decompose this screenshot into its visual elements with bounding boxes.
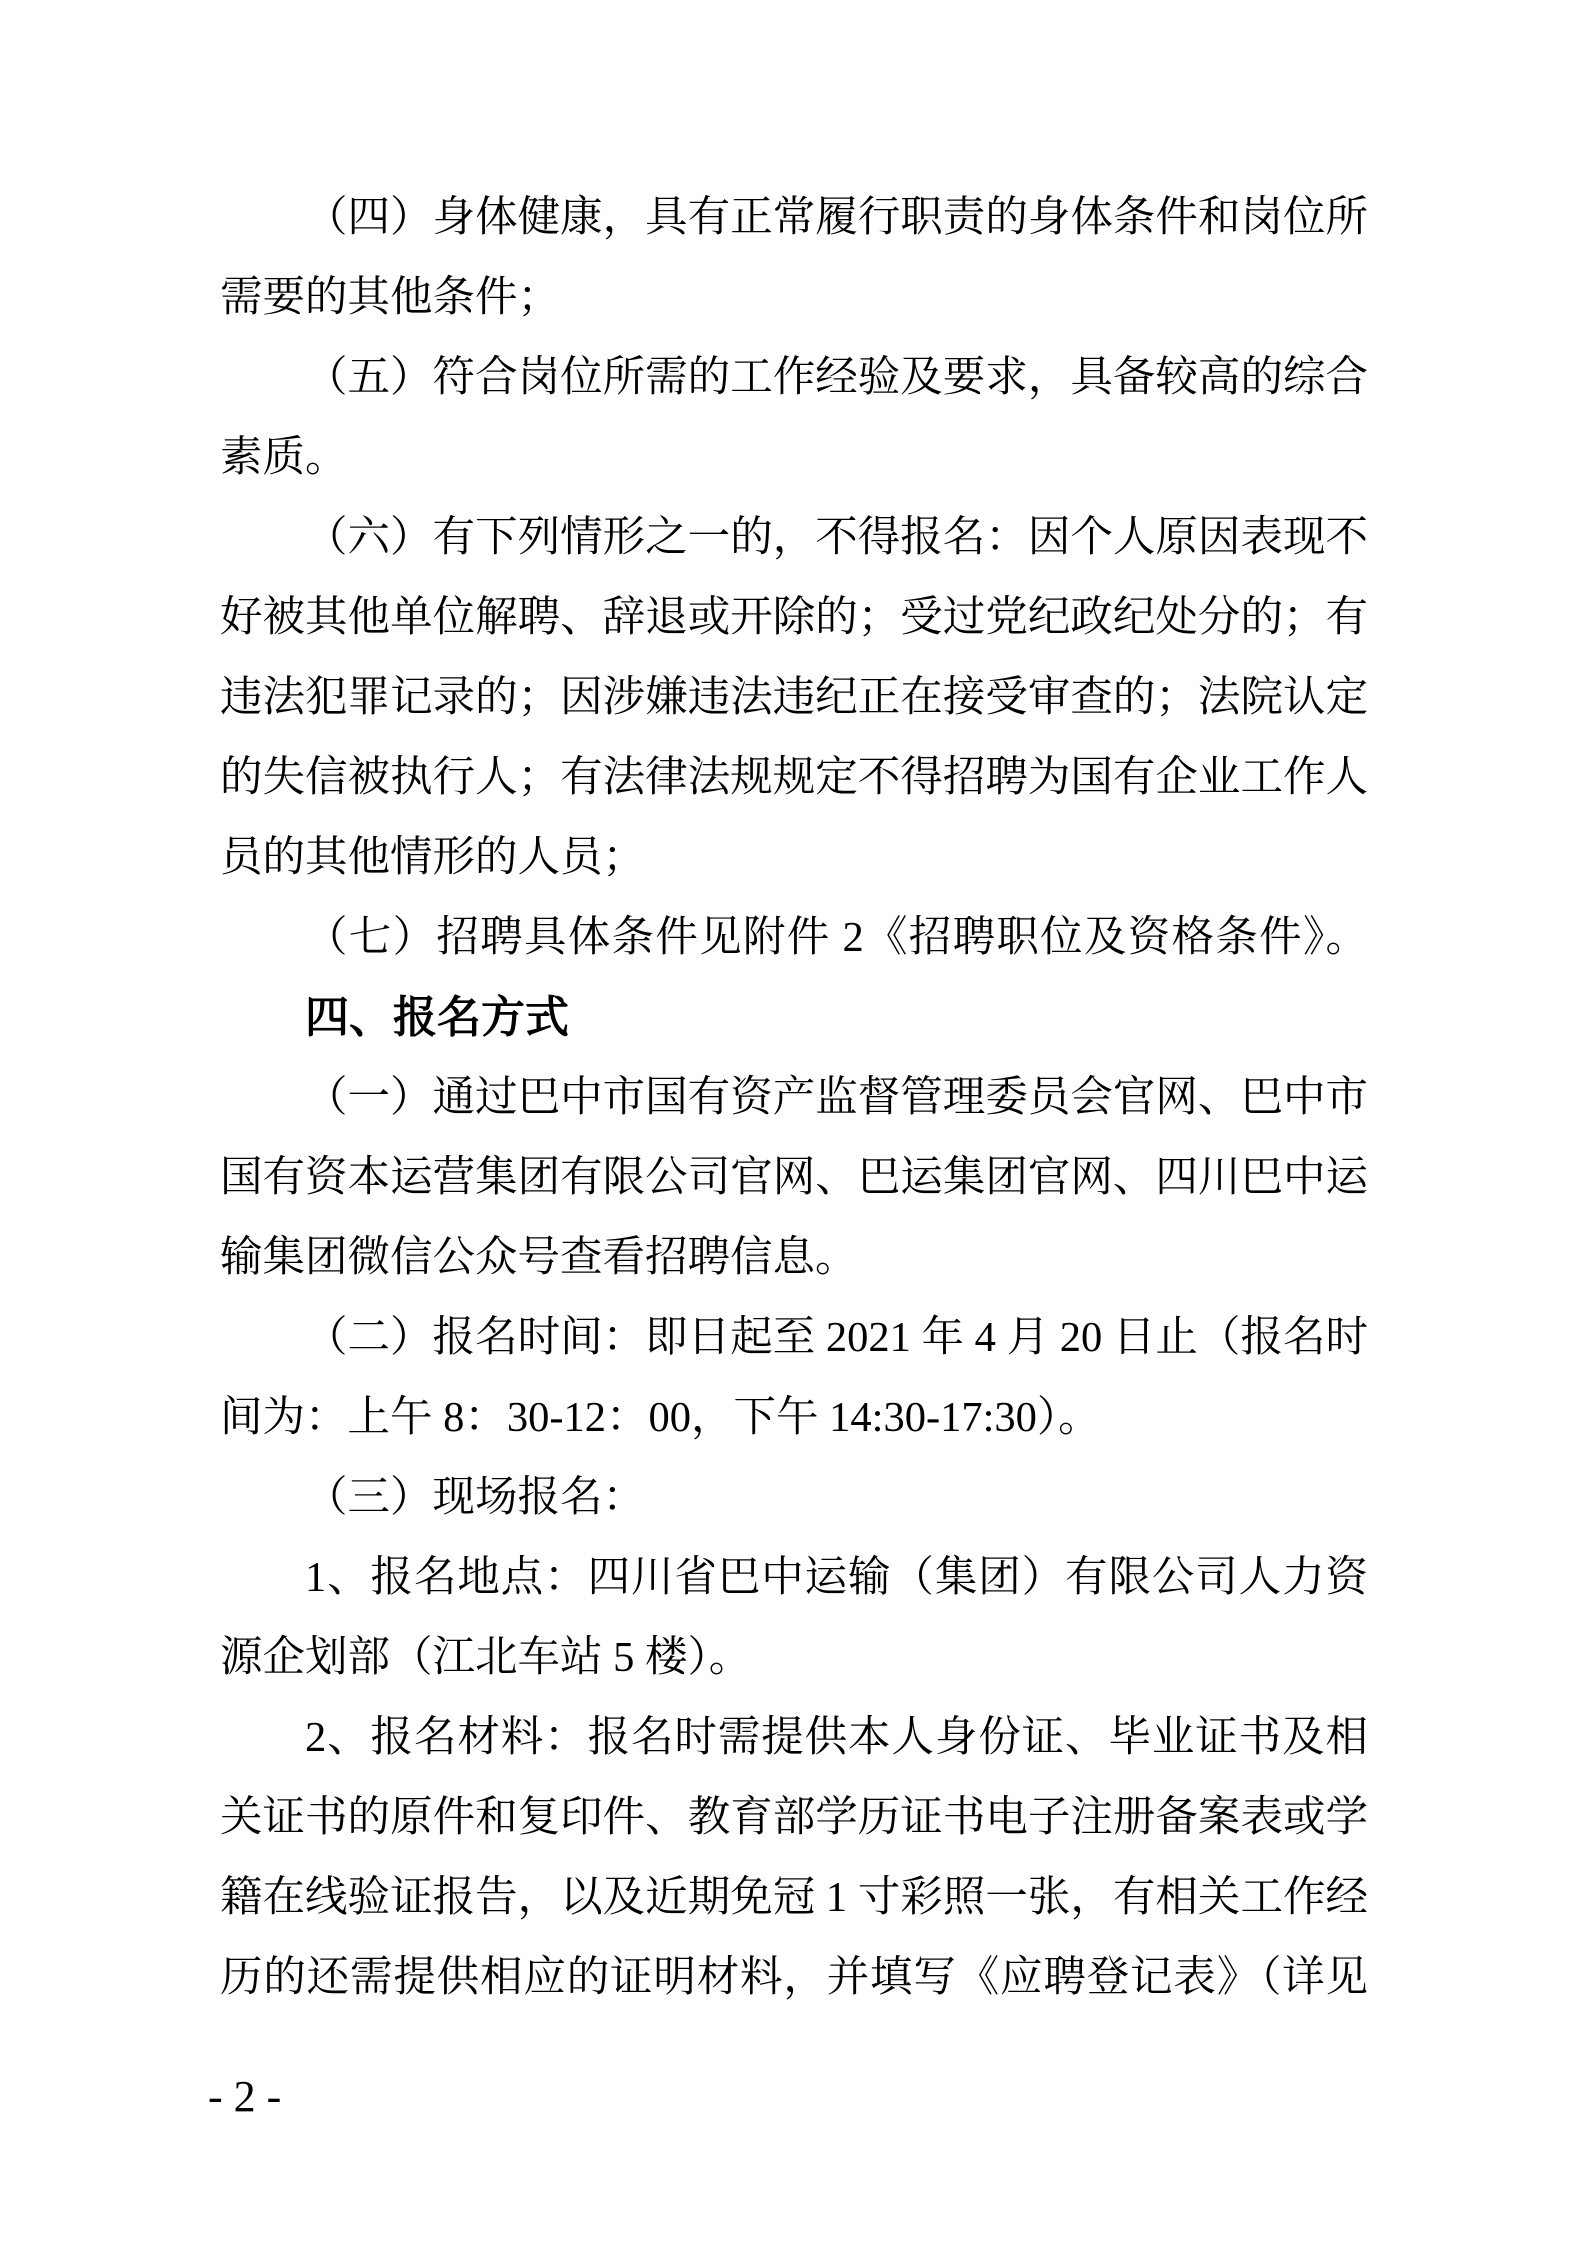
- text-line: 四、报名方式: [220, 978, 1368, 1058]
- text-line: 的失信被执行人；有法律法规规定不得招聘为国有企业工作人: [220, 738, 1368, 818]
- text-line: 间为：上午 8：30-12：00，下午 14:30-17:30）。: [220, 1378, 1368, 1458]
- paragraph: （四）身体健康，具有正常履行职责的身体条件和岗位所需要的其他条件；: [220, 178, 1368, 338]
- text-line: 输集团微信公众号查看招聘信息。: [220, 1218, 1368, 1298]
- paragraph: （五）符合岗位所需的工作经验及要求，具备较高的综合素质。: [220, 338, 1368, 498]
- text-line: 需要的其他条件；: [220, 258, 1368, 338]
- paragraph: （三）现场报名：: [220, 1458, 1368, 1538]
- document-body: （四）身体健康，具有正常履行职责的身体条件和岗位所需要的其他条件；（五）符合岗位…: [220, 178, 1368, 2018]
- text-line: 历的还需提供相应的证明材料，并填写《应聘登记表》（详见: [220, 1938, 1368, 2018]
- text-line: （二）报名时间：即日起至 2021 年 4 月 20 日止（报名时: [220, 1298, 1368, 1378]
- text-line: 关证书的原件和复印件、教育部学历证书电子注册备案表或学: [220, 1778, 1368, 1858]
- paragraph: 2、报名材料：报名时需提供本人身份证、毕业证书及相关证书的原件和复印件、教育部学…: [220, 1698, 1368, 2018]
- text-line: 源企划部（江北车站 5 楼）。: [220, 1618, 1368, 1698]
- text-line: 违法犯罪记录的；因涉嫌违法违纪正在接受审查的；法院认定: [220, 658, 1368, 738]
- text-line: 素质。: [220, 418, 1368, 498]
- text-line: （七）招聘具体条件见附件 2《招聘职位及资格条件》。: [220, 898, 1368, 978]
- document-page: （四）身体健康，具有正常履行职责的身体条件和岗位所需要的其他条件；（五）符合岗位…: [0, 0, 1587, 2245]
- page-number: - 2 -: [208, 2072, 281, 2122]
- paragraph: （六）有下列情形之一的，不得报名：因个人原因表现不好被其他单位解聘、辞退或开除的…: [220, 498, 1368, 898]
- paragraph: 1、报名地点：四川省巴中运输（集团）有限公司人力资源企划部（江北车站 5 楼）。: [220, 1538, 1368, 1698]
- text-line: （一）通过巴中市国有资产监督管理委员会官网、巴中市: [220, 1058, 1368, 1138]
- paragraph: （一）通过巴中市国有资产监督管理委员会官网、巴中市国有资本运营集团有限公司官网、…: [220, 1058, 1368, 1298]
- text-line: （四）身体健康，具有正常履行职责的身体条件和岗位所: [220, 178, 1368, 258]
- section-heading: 四、报名方式: [220, 978, 1368, 1058]
- text-line: 好被其他单位解聘、辞退或开除的；受过党纪政纪处分的；有: [220, 578, 1368, 658]
- paragraph: （七）招聘具体条件见附件 2《招聘职位及资格条件》。: [220, 898, 1368, 978]
- text-line: （六）有下列情形之一的，不得报名：因个人原因表现不: [220, 498, 1368, 578]
- text-line: 1、报名地点：四川省巴中运输（集团）有限公司人力资: [220, 1538, 1368, 1618]
- text-line: 2、报名材料：报名时需提供本人身份证、毕业证书及相: [220, 1698, 1368, 1778]
- text-line: 籍在线验证报告，以及近期免冠 1 寸彩照一张，有相关工作经: [220, 1858, 1368, 1938]
- text-line: 员的其他情形的人员；: [220, 818, 1368, 898]
- text-line: （三）现场报名：: [220, 1458, 1368, 1538]
- paragraph: （二）报名时间：即日起至 2021 年 4 月 20 日止（报名时间为：上午 8…: [220, 1298, 1368, 1458]
- text-line: （五）符合岗位所需的工作经验及要求，具备较高的综合: [220, 338, 1368, 418]
- text-line: 国有资本运营集团有限公司官网、巴运集团官网、四川巴中运: [220, 1138, 1368, 1218]
